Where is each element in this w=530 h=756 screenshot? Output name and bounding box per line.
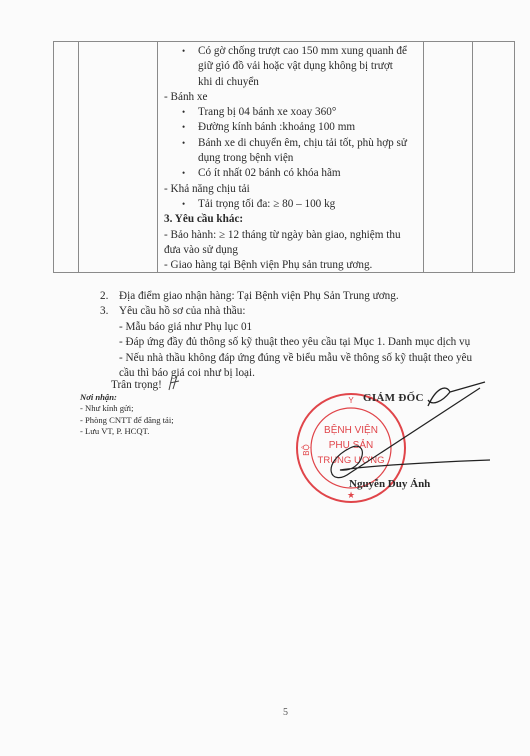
recipients: Nơi nhận: - Như kính gửi; - Phòng CNTT đ… — [80, 392, 174, 438]
spec-bullet: Đường kính bánh :khoảng 100 mm — [164, 120, 426, 135]
page-number: 5 — [283, 707, 288, 718]
item-number: 2. — [100, 289, 108, 304]
spec-line: đưa vào sử dụng — [164, 243, 426, 258]
spec-bullet: Bánh xe di chuyển êm, chịu tải tốt, phù … — [164, 136, 426, 151]
list-item-delivery: 2. Địa điểm giao nhận hàng: Tại Bệnh việ… — [100, 289, 472, 304]
initial-mark-icon — [166, 374, 182, 392]
item-text: Địa điểm giao nhận hàng: Tại Bệnh viện P… — [119, 290, 399, 302]
body-list: 2. Địa điểm giao nhận hàng: Tại Bệnh việ… — [100, 289, 472, 381]
sub-item: - Nếu nhà thầu không đáp ứng đúng về biể… — [100, 351, 472, 366]
recipient: - Lưu VT, P. HCQT. — [80, 426, 174, 437]
spec-line: dụng trong bệnh viện — [164, 151, 426, 166]
list-item-requirements: 3. Yêu cầu hồ sơ của nhà thầu: — [100, 304, 472, 319]
spec-line: - Khả năng chịu tải — [164, 182, 426, 197]
spec-line: - Giao hàng tại Bệnh viện Phụ sản trung … — [164, 258, 426, 273]
sub-item: - Mẫu báo giá như Phụ lục 01 — [100, 320, 472, 335]
table-col-divider — [157, 42, 158, 272]
item-number: 3. — [100, 304, 108, 319]
recipient: - Như kính gửi; — [80, 403, 174, 414]
recipient: - Phòng CNTT để đăng tải; — [80, 415, 174, 426]
recipients-title: Nơi nhận: — [80, 392, 174, 403]
spec-bullet: Có ít nhất 02 bánh có khóa hãm — [164, 166, 426, 181]
signature-icon — [310, 378, 490, 488]
item-text: Yêu cầu hồ sơ của nhà thầu: — [119, 305, 245, 317]
spec-bullet: Tải trọng tối đa: ≥ 80 – 100 kg — [164, 197, 426, 212]
spec-line: khi di chuyển — [164, 75, 426, 90]
spec-line: 3. Yêu cầu khác: — [164, 212, 426, 227]
table-col-divider — [78, 42, 79, 272]
spec-line: - Bánh xe — [164, 90, 426, 105]
signatory-name: Nguyễn Duy Ánh — [349, 478, 430, 490]
spec-line: - Bảo hành: ≥ 12 tháng từ ngày bàn giao,… — [164, 228, 426, 243]
spec-bullet: Có gờ chống trượt cao 150 mm xung quanh … — [164, 44, 426, 59]
spec-bullet: Trang bị 04 bánh xe xoay 360° — [164, 105, 426, 120]
closing-text: Trân trọng! — [111, 379, 162, 391]
spec-cell: Có gờ chống trượt cao 150 mm xung quanh … — [164, 44, 426, 273]
spec-table: Có gờ chống trượt cao 150 mm xung quanh … — [53, 41, 515, 273]
svg-text:★: ★ — [347, 490, 355, 500]
sub-item: - Đáp ứng đầy đủ thông số kỹ thuật theo … — [100, 335, 472, 350]
table-col-divider — [472, 42, 473, 272]
spec-line: giữ gìó đồ vải hoặc vật dụng không bị tr… — [164, 59, 426, 74]
